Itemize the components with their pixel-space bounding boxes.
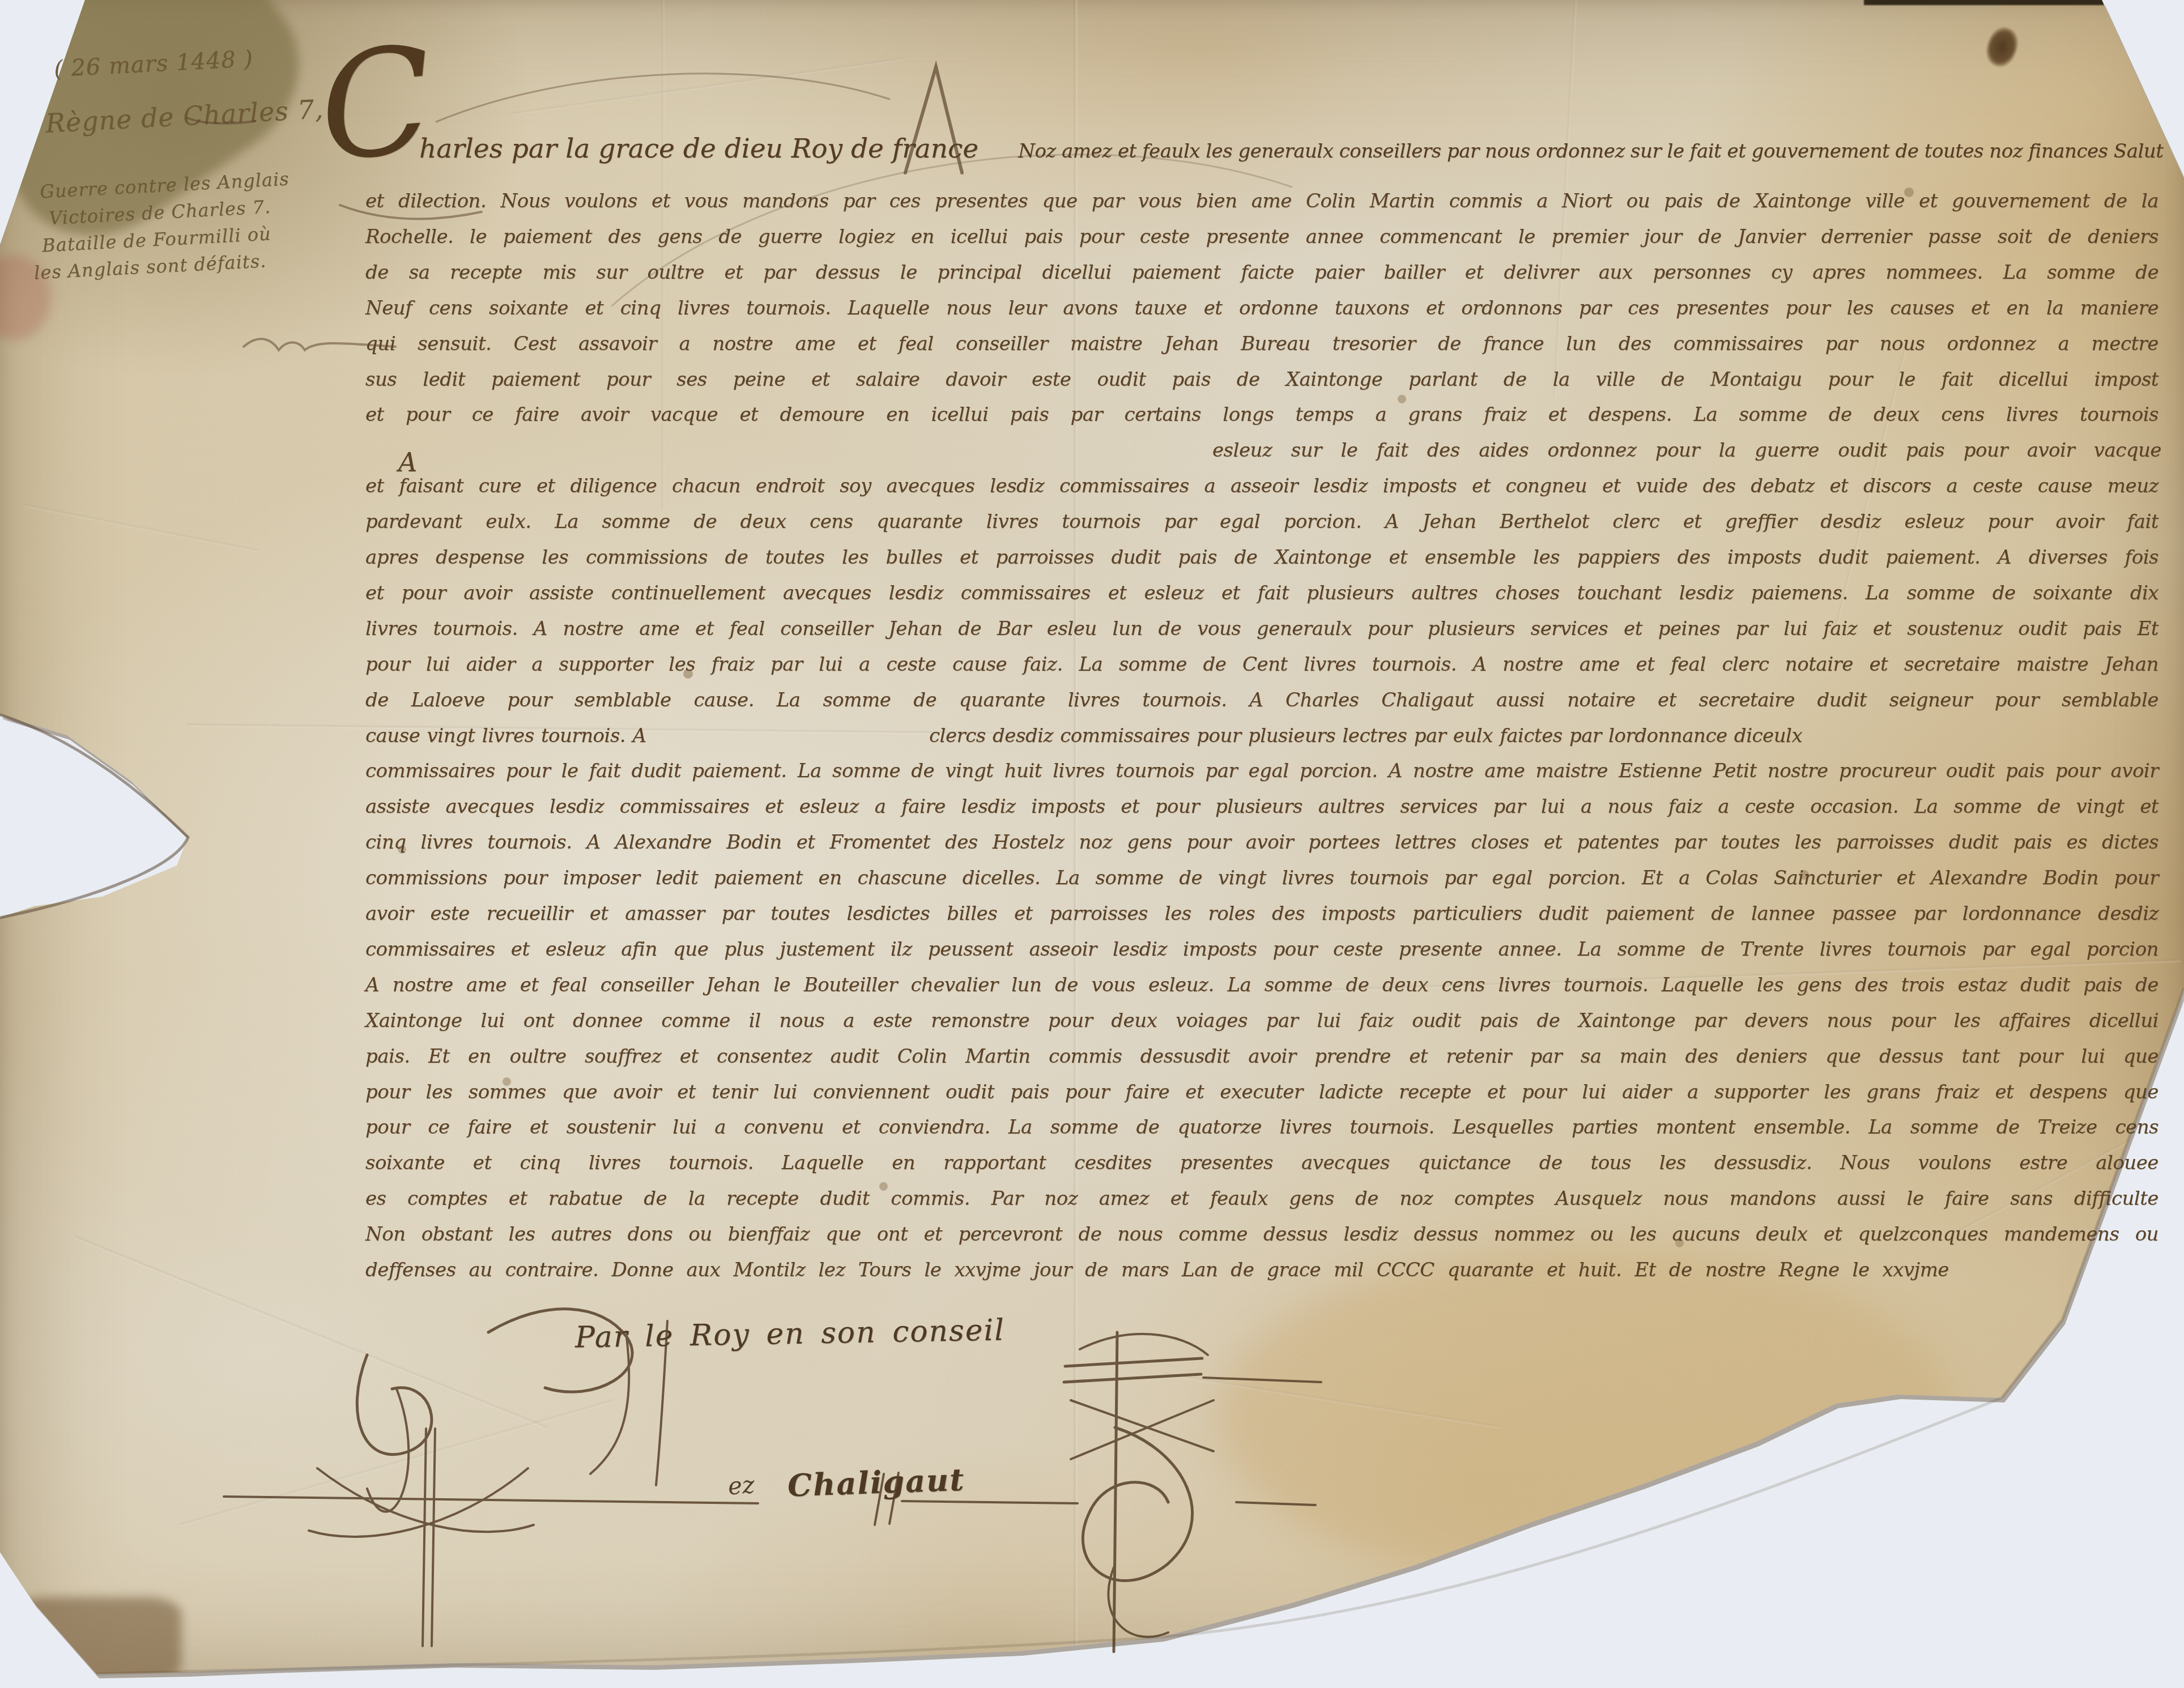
pen-flourishes bbox=[0, 0, 2184, 1688]
photo-background: ( 26 mars 1448 ) Règne de Charles 7, Gue… bbox=[0, 0, 2184, 1688]
